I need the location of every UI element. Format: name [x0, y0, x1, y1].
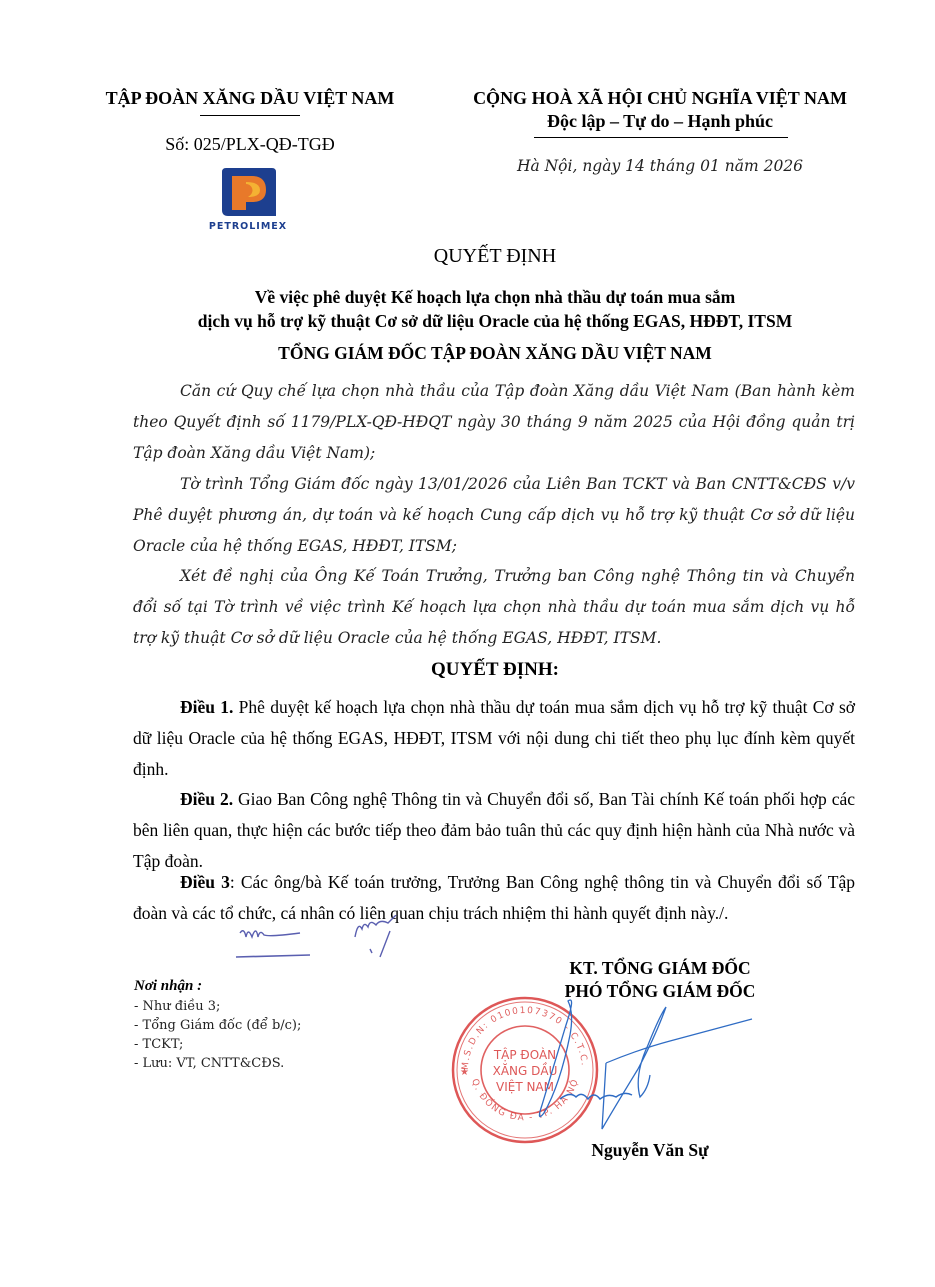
handwritten-signature-icon	[520, 995, 780, 1155]
petrolimex-logo-icon	[218, 166, 278, 218]
national-motto: Độc lập – Tự do – Hạnh phúc	[440, 111, 880, 132]
organization-underline	[200, 115, 300, 116]
decision-heading: QUYẾT ĐỊNH:	[130, 659, 860, 681]
recipients-list: Nơi nhận : - Như điều 3; - Tổng Giám đốc…	[134, 978, 434, 1073]
article-label: Điều 2.	[180, 789, 233, 809]
article-1: Điều 1. Phê duyệt kế hoạch lựa chọn nhà …	[133, 692, 855, 785]
motto-underline	[534, 137, 788, 138]
article-label: Điều 3	[180, 872, 230, 892]
subject-line-1: Về việc phê duyệt Kế hoạch lựa chọn nhà …	[100, 285, 890, 309]
legal-basis-paragraph: Xét đề nghị của Ông Kế Toán Trưởng, Trưở…	[133, 561, 855, 654]
subject-line-2: dịch vụ hỗ trợ kỹ thuật Cơ sở dữ liệu Or…	[100, 309, 890, 333]
article-2: Điều 2. Giao Ban Công nghệ Thông tin và …	[133, 784, 855, 877]
legal-basis-paragraph: Căn cứ Quy chế lựa chọn nhà thầu của Tập…	[133, 376, 855, 469]
recipient-item: - Tổng Giám đốc (để b/c);	[134, 1016, 434, 1035]
svg-text:★: ★	[460, 1067, 469, 1078]
document-subject: Về việc phê duyệt Kế hoạch lựa chọn nhà …	[100, 285, 890, 333]
article-text: Phê duyệt kế hoạch lựa chọn nhà thầu dự …	[133, 697, 855, 779]
recipient-item: - Lưu: VT, CNTT&CĐS.	[134, 1054, 434, 1073]
organization-name: TẬP ĐOÀN XĂNG DẦU VIỆT NAM	[70, 88, 430, 109]
recipient-item: - TCKT;	[134, 1035, 434, 1054]
signer-title: KT. TỔNG GIÁM ĐỐC	[520, 958, 800, 979]
issuing-authority: TỔNG GIÁM ĐỐC TẬP ĐOÀN XĂNG DẦU VIỆT NAM	[100, 343, 890, 364]
logo-wordmark: PETROLIMEX	[190, 221, 306, 232]
recipient-item: - Như điều 3;	[134, 997, 434, 1016]
recipients-label: Nơi nhận :	[134, 978, 434, 995]
article-text: Giao Ban Công nghệ Thông tin và Chuyển đ…	[133, 789, 855, 871]
national-title: CỘNG HOÀ XÃ HỘI CHỦ NGHĨA VIỆT NAM	[440, 88, 880, 109]
document-number: Số: 025/PLX-QĐ-TGĐ	[70, 134, 430, 155]
legal-basis-paragraph: Tờ trình Tổng Giám đốc ngày 13/01/2026 c…	[133, 469, 855, 562]
article-label: Điều 1.	[180, 697, 233, 717]
handwritten-initials-icon	[230, 915, 410, 965]
signer-name: Nguyễn Văn Sự	[540, 1140, 760, 1161]
document-title: QUYẾT ĐỊNH	[130, 245, 860, 268]
place-date: Hà Nội, ngày 14 tháng 01 năm 2026	[440, 157, 880, 175]
